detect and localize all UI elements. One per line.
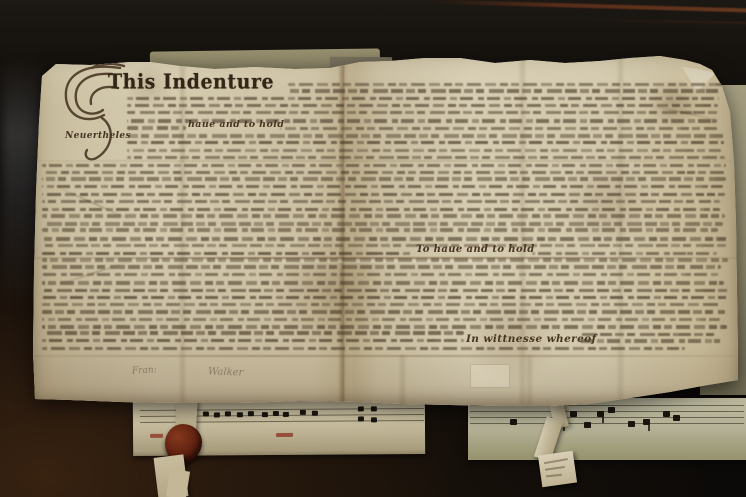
- pendant-tag-label: [538, 451, 577, 488]
- music-note: [358, 406, 364, 411]
- music-note: [608, 407, 615, 413]
- label-writing-mark: [544, 458, 568, 464]
- music-note-stem: [602, 415, 604, 423]
- music-note: [510, 419, 517, 425]
- staff-line: [470, 417, 744, 418]
- music-note: [358, 416, 364, 421]
- rubric-mark: [150, 434, 163, 438]
- music-note: [300, 410, 306, 415]
- music-sheet-right: [468, 398, 746, 460]
- music-note: [584, 422, 591, 428]
- music-note: [225, 411, 231, 416]
- display-case-photo: This Indenture haue and to hold Neuerthe…: [0, 0, 746, 497]
- seal-tag-lower-fold: [166, 469, 190, 497]
- parchment-deed: This Indenture haue and to hold Neuerthe…: [30, 52, 742, 407]
- music-note: [673, 415, 680, 421]
- rubric-mark: [276, 433, 293, 437]
- music-note: [371, 417, 377, 422]
- music-note: [312, 411, 318, 416]
- staff-line: [470, 411, 744, 412]
- music-note: [663, 411, 670, 417]
- wood-beam-reflection: [430, 0, 746, 12]
- parchment-deed-surface: This Indenture haue and to hold Neuerthe…: [30, 52, 742, 407]
- music-note: [214, 412, 220, 417]
- music-note: [570, 411, 577, 417]
- wood-beam-reflection-faint: [560, 18, 746, 24]
- label-writing-mark: [546, 474, 562, 478]
- music-note-stem: [648, 423, 650, 431]
- music-note: [283, 412, 289, 417]
- music-note: [273, 411, 279, 416]
- music-note: [262, 412, 268, 417]
- music-note: [248, 411, 254, 416]
- label-writing-mark: [545, 466, 565, 471]
- music-note: [237, 412, 243, 417]
- music-note: [371, 406, 377, 411]
- music-note: [203, 411, 209, 416]
- deed-edge-shading: [30, 52, 742, 407]
- music-note: [628, 421, 635, 427]
